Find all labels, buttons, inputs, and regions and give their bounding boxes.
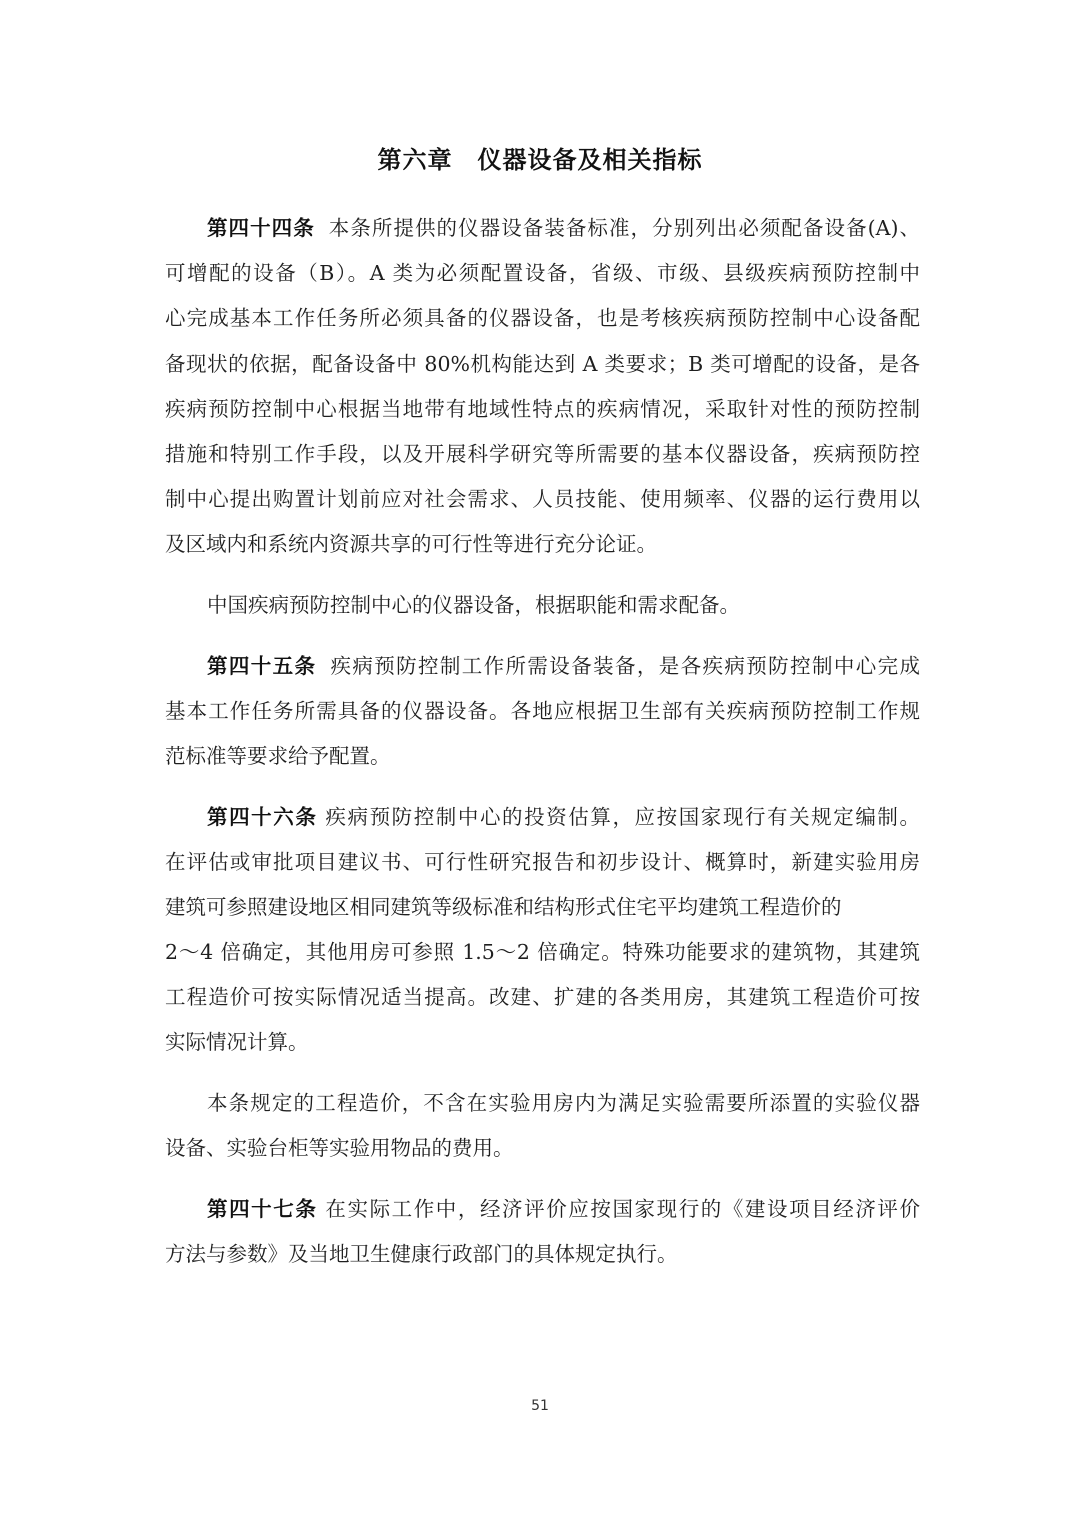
paragraph-line: 疾病预防控制中心根据当地带有地域性特点的疾病情况，采取针对性的预防控制 [165, 387, 920, 431]
paragraph-line: 基本工作任务所需具备的仪器设备。各地应根据卫生部有关疾病预防控制工作规 [165, 689, 920, 733]
paragraph-line: 措施和特别工作手段，以及开展科学研究等所需要的基本仪器设备，疾病预防控 [165, 432, 920, 476]
chapter-title: 第六章 仪器设备及相关指标 [0, 140, 1080, 175]
paragraph-line: 及区域内和系统内资源共享的可行性等进行充分论证。 [165, 522, 920, 566]
article-label: 第四十五条 [207, 654, 316, 678]
paragraph-line: 中国疾病预防控制中心的仪器设备，根据职能和需求配备。 [207, 583, 920, 627]
paragraph-line: 工程造价可按实际情况适当提高。改建、扩建的各类用房，其建筑工程造价可按 [165, 975, 920, 1019]
paragraph-line: 方法与参数》及当地卫生健康行政部门的具体规定执行。 [165, 1232, 920, 1276]
paragraph-line: 备现状的依据，配备设备中 80%机构能达到 A 类要求；B 类可增配的设备，是各 [165, 342, 920, 386]
paragraph-text: 疾病预防控制工作所需设备装备，是各疾病预防控制中心完成 [330, 654, 920, 678]
paragraph-line: 在评估或审批项目建议书、可行性研究报告和初步设计、概算时，新建实验用房 [165, 840, 920, 884]
paragraph-text: 本条所提供的仪器设备装备标准，分别列出必须配备设备(A)、 [329, 216, 920, 240]
document-page: 第六章 仪器设备及相关指标 第四十四条本条所提供的仪器设备装备标准，分别列出必须… [0, 0, 1080, 1527]
paragraph-line: 第四十六条疾病预防控制中心的投资估算，应按国家现行有关规定编制。 [207, 795, 920, 839]
paragraph-line: 心完成基本工作任务所必须具备的仪器设备，也是考核疾病预防控制中心设备配 [165, 296, 920, 340]
paragraph-line: 本条规定的工程造价，不含在实验用房内为满足实验需要所添置的实验仪器 [207, 1081, 920, 1125]
paragraph-line: 2～4 倍确定，其他用房可参照 1.5～2 倍确定。特殊功能要求的建筑物，其建筑 [165, 930, 920, 974]
paragraph-line: 可增配的设备（B）。A 类为必须配置设备，省级、市级、县级疾病预防控制中 [165, 251, 920, 295]
article-label: 第四十六条 [207, 805, 317, 829]
paragraph-line: 第四十五条疾病预防控制工作所需设备装备，是各疾病预防控制中心完成 [207, 644, 920, 688]
paragraph-line: 设备、实验台柜等实验用物品的费用。 [165, 1126, 920, 1170]
paragraph-line: 第四十四条本条所提供的仪器设备装备标准，分别列出必须配备设备(A)、 [207, 206, 920, 250]
paragraph-line: 范标准等要求给予配置。 [165, 734, 920, 778]
paragraph-line: 实际情况计算。 [165, 1020, 920, 1064]
paragraph-line: 第四十七条在实际工作中，经济评价应按国家现行的《建设项目经济评价 [207, 1187, 920, 1231]
paragraph-line: 建筑可参照建设地区相同建筑等级标准和结构形式住宅平均建筑工程造价的 [165, 885, 920, 929]
article-label: 第四十四条 [207, 216, 315, 240]
paragraph-line: 制中心提出购置计划前应对社会需求、人员技能、使用频率、仪器的运行费用以 [165, 477, 920, 521]
paragraph-text: 在实际工作中，经济评价应按国家现行的《建设项目经济评价 [325, 1197, 920, 1221]
article-label: 第四十七条 [207, 1197, 317, 1221]
paragraph-text: 疾病预防控制中心的投资估算，应按国家现行有关规定编制。 [325, 805, 920, 829]
page-number: 51 [0, 1398, 1080, 1414]
